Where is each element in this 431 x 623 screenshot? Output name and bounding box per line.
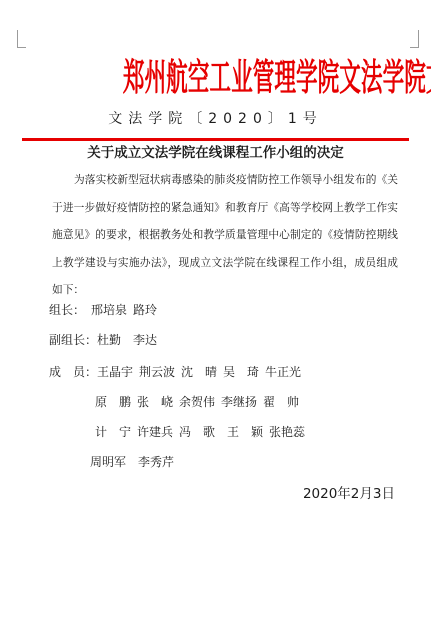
members-line-4: 周明军 李秀芹	[90, 454, 174, 470]
deputy-leader-line: 副组长：杜勤 李达	[49, 332, 157, 348]
letterhead-title: 郑州航空工业管理学院文法学院文件	[0, 56, 431, 107]
text-boundary-corner-left-icon	[17, 30, 26, 48]
members-line-3: 计 宁 许建兵 冯 歌 王 颖 张艳蕊	[95, 424, 305, 440]
document-page: 郑州航空工业管理学院文法学院文件 文法学院〔2020〕1号 关于成立文法学院在线…	[0, 0, 431, 623]
group-leader-line: 组长： 邢培泉 路玲	[49, 302, 157, 318]
text-boundary-corner-right-icon	[410, 30, 419, 48]
members-line-1: 成 员：王晶宇 荆云波 沈 晴 吴 琦 牛正光	[49, 364, 301, 380]
red-divider-line	[22, 138, 409, 141]
paragraph-line: 为落实校新型冠状病毒感染的肺炎疫情防控工作领导小组发布的《关	[52, 166, 398, 194]
letterhead-title-text: 郑州航空工业管理学院文法学院文件	[123, 56, 431, 100]
members-line-2: 原 鹏 张 峣 余贺伟 李继扬 翟 帅	[95, 394, 299, 410]
paragraph-line: 施意见》的要求，根据教务处和教学质量管理中心制定的《疫情防控期线	[52, 221, 398, 249]
document-title: 关于成立文法学院在线课程工作小组的决定	[0, 145, 431, 161]
document-number: 文法学院〔2020〕1号	[0, 110, 431, 128]
paragraph-line: 于进一步做好疫情防控的紧急通知》和教育厅《高等学校网上教学工作实	[52, 194, 398, 222]
body-paragraph: 为落实校新型冠状病毒感染的肺炎疫情防控工作领导小组发布的《关 于进一步做好疫情防…	[52, 166, 398, 304]
paragraph-line: 上教学建设与实施办法》，现成立文法学院在线课程工作小组，成员组成	[52, 249, 398, 277]
paragraph-line: 如下：	[52, 276, 398, 304]
document-date: 2020年2月3日	[0, 486, 395, 502]
